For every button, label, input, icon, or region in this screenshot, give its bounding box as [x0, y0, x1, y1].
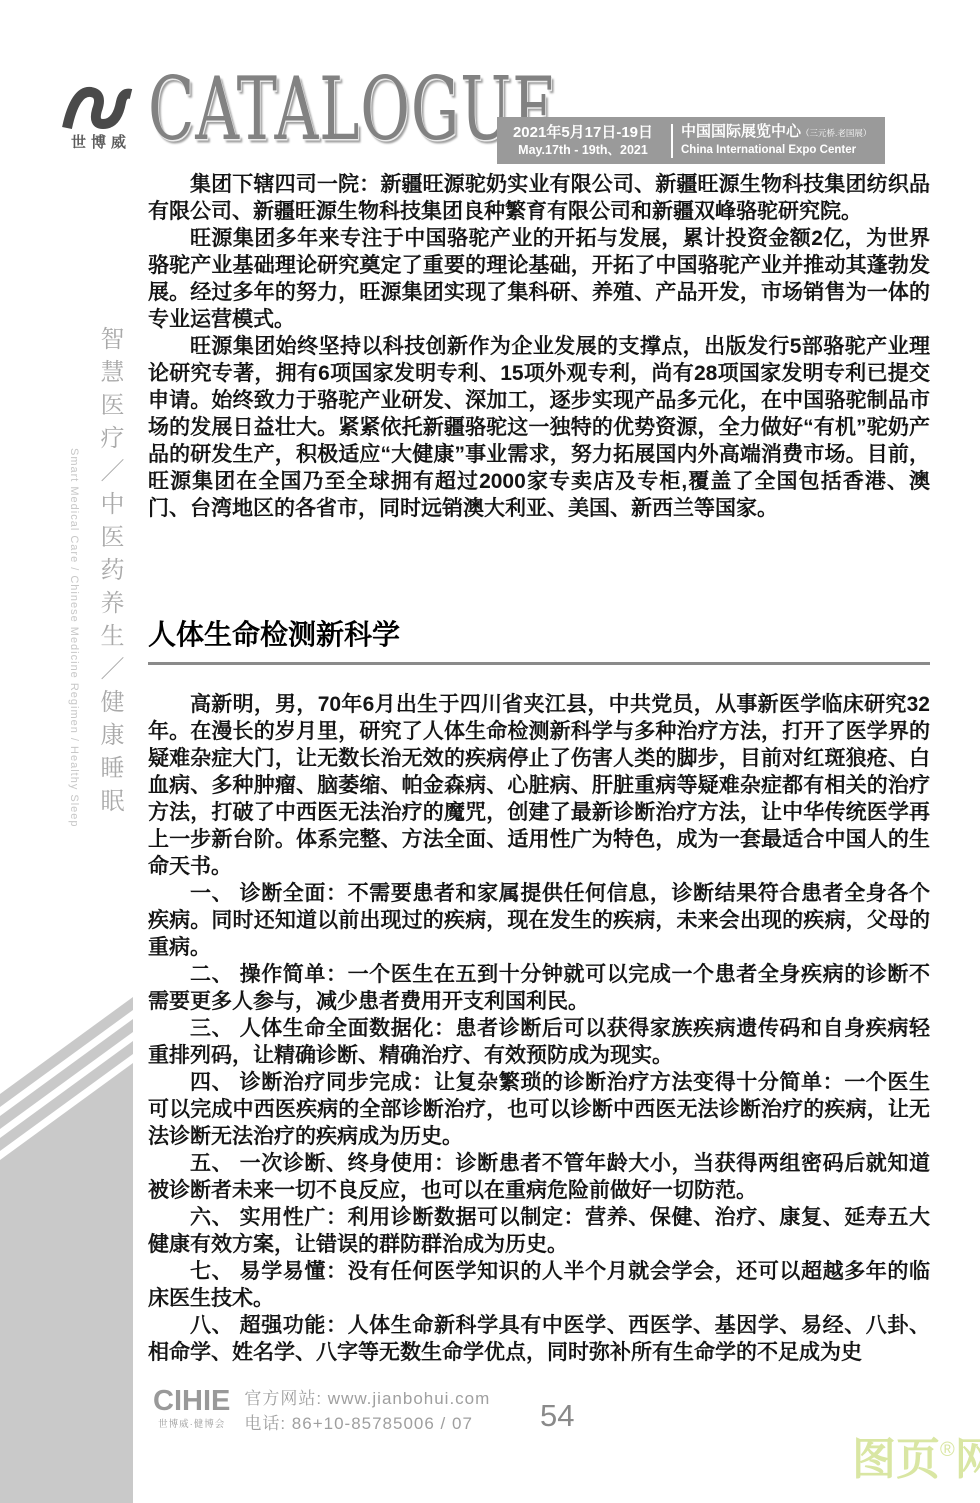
paragraph: 旺源集团多年来专注于中国骆驼产业的开拓与发展，累计投资金额2亿，为世界骆驼产业基… [148, 225, 930, 333]
event-dates: 2021年5月17日-19日 May.17th - 19th、2021 [497, 124, 669, 158]
footer-phone: 电话: 86+10-85785006 / 07 [244, 1411, 490, 1436]
paragraph: 四、 诊断治疗同步完成：让复杂繁琐的诊断治疗方法变得十分简单：一个医生可以完成中… [148, 1069, 930, 1150]
paragraph: 八、 超强功能：人体生命新科学具有中医学、西医学、基因学、易经、八卦、相命学、姓… [148, 1312, 930, 1366]
section-heading: 人体生命检测新科学 [148, 618, 930, 665]
paragraph: 旺源集团始终坚持以科技创新作为企业发展的支撑点，出版发行5部骆驼产业理论研究专著… [148, 333, 930, 522]
page-number: 54 [540, 1398, 574, 1434]
shibowei-logo: 世博威 [57, 84, 145, 152]
event-date-cn: 2021年5月17日-19日 [497, 124, 669, 142]
watermark-part1: 图页 [852, 1435, 940, 1484]
page-title: CATALOGUE [148, 66, 557, 153]
footer: CIHIE 世博威·健博会 官方网站: www.jianbohui.com 电话… [153, 1386, 490, 1436]
sidebar-category-en: Smart Medical Care / Chinese Medicine Re… [68, 448, 80, 828]
footer-website: 官方网站: www.jianbohui.com [244, 1386, 490, 1411]
main-content: 集团下辖四司一院：新疆旺源驼奶实业有限公司、新疆旺源生物科技集团纺织品有限公司、… [148, 171, 930, 1366]
event-info-box: 2021年5月17日-19日 May.17th - 19th、2021 中国国际… [497, 117, 885, 164]
registered-mark-icon: ® [940, 1439, 955, 1461]
paragraph: 五、 一次诊断、终身使用：诊断患者不管年龄大小，当获得两组密码后就知道被诊断者未… [148, 1150, 930, 1204]
corner-stripes-decoration [0, 990, 133, 1503]
paragraph: 集团下辖四司一院：新疆旺源驼奶实业有限公司、新疆旺源生物科技集团纺织品有限公司、… [148, 171, 930, 225]
paragraph: 六、 实用性广：利用诊断数据可以制定：营养、保健、治疗、康复、延寿五大健康有效方… [148, 1204, 930, 1258]
cihie-logo-text: CIHIE [153, 1386, 230, 1416]
event-venue-en: China International Expo Center [681, 142, 885, 158]
paragraph: 二、 操作简单：一个医生在五到十分钟就可以完成一个患者全身疾病的诊断不需要更多人… [148, 961, 930, 1015]
watermark-part2: 网 [955, 1435, 980, 1484]
shibowei-logo-text: 世博威 [57, 131, 145, 152]
watermark: 图页®网 [852, 1436, 980, 1484]
event-venue: 中国国际展览中心（三元桥.老国展） China International Ex… [679, 123, 885, 158]
paragraph: 一、 诊断全面：不需要患者和家属提供任何信息，诊断结果符合患者全身各个疾病。同时… [148, 880, 930, 961]
paragraph: 高新明，男，70年6月出生于四川省夹江县，中共党员，从事新医学临床研究32年。在… [148, 691, 930, 880]
sidebar-category-cn: 智慧医疗／中医药养生／健康睡眠 [92, 326, 127, 821]
event-date-en: May.17th - 19th、2021 [497, 142, 669, 158]
cihie-logo: CIHIE 世博威·健博会 [153, 1386, 230, 1430]
shibowei-logo-icon [61, 84, 141, 130]
venue-note-text: （三元桥.老国展） [801, 128, 871, 138]
venue-cn-text: 中国国际展览中心 [681, 123, 801, 140]
catalogue-page: 世博威 CATALOGUE 2021年5月17日-19日 May.17th - … [0, 0, 980, 1503]
footer-contact: 官方网站: www.jianbohui.com 电话: 86+10-857850… [244, 1386, 490, 1436]
cihie-logo-subtext: 世博威·健博会 [153, 1416, 230, 1430]
info-box-divider [671, 124, 673, 158]
event-venue-cn: 中国国际展览中心（三元桥.老国展） [681, 123, 885, 142]
paragraph: 三、 人体生命全面数据化：患者诊断后可以获得家族疾病遗传码和自身疾病轻重排列码，… [148, 1015, 930, 1069]
paragraph: 七、 易学易懂：没有任何医学知识的人半个月就会学会，还可以超越多年的临床医生技术… [148, 1258, 930, 1312]
